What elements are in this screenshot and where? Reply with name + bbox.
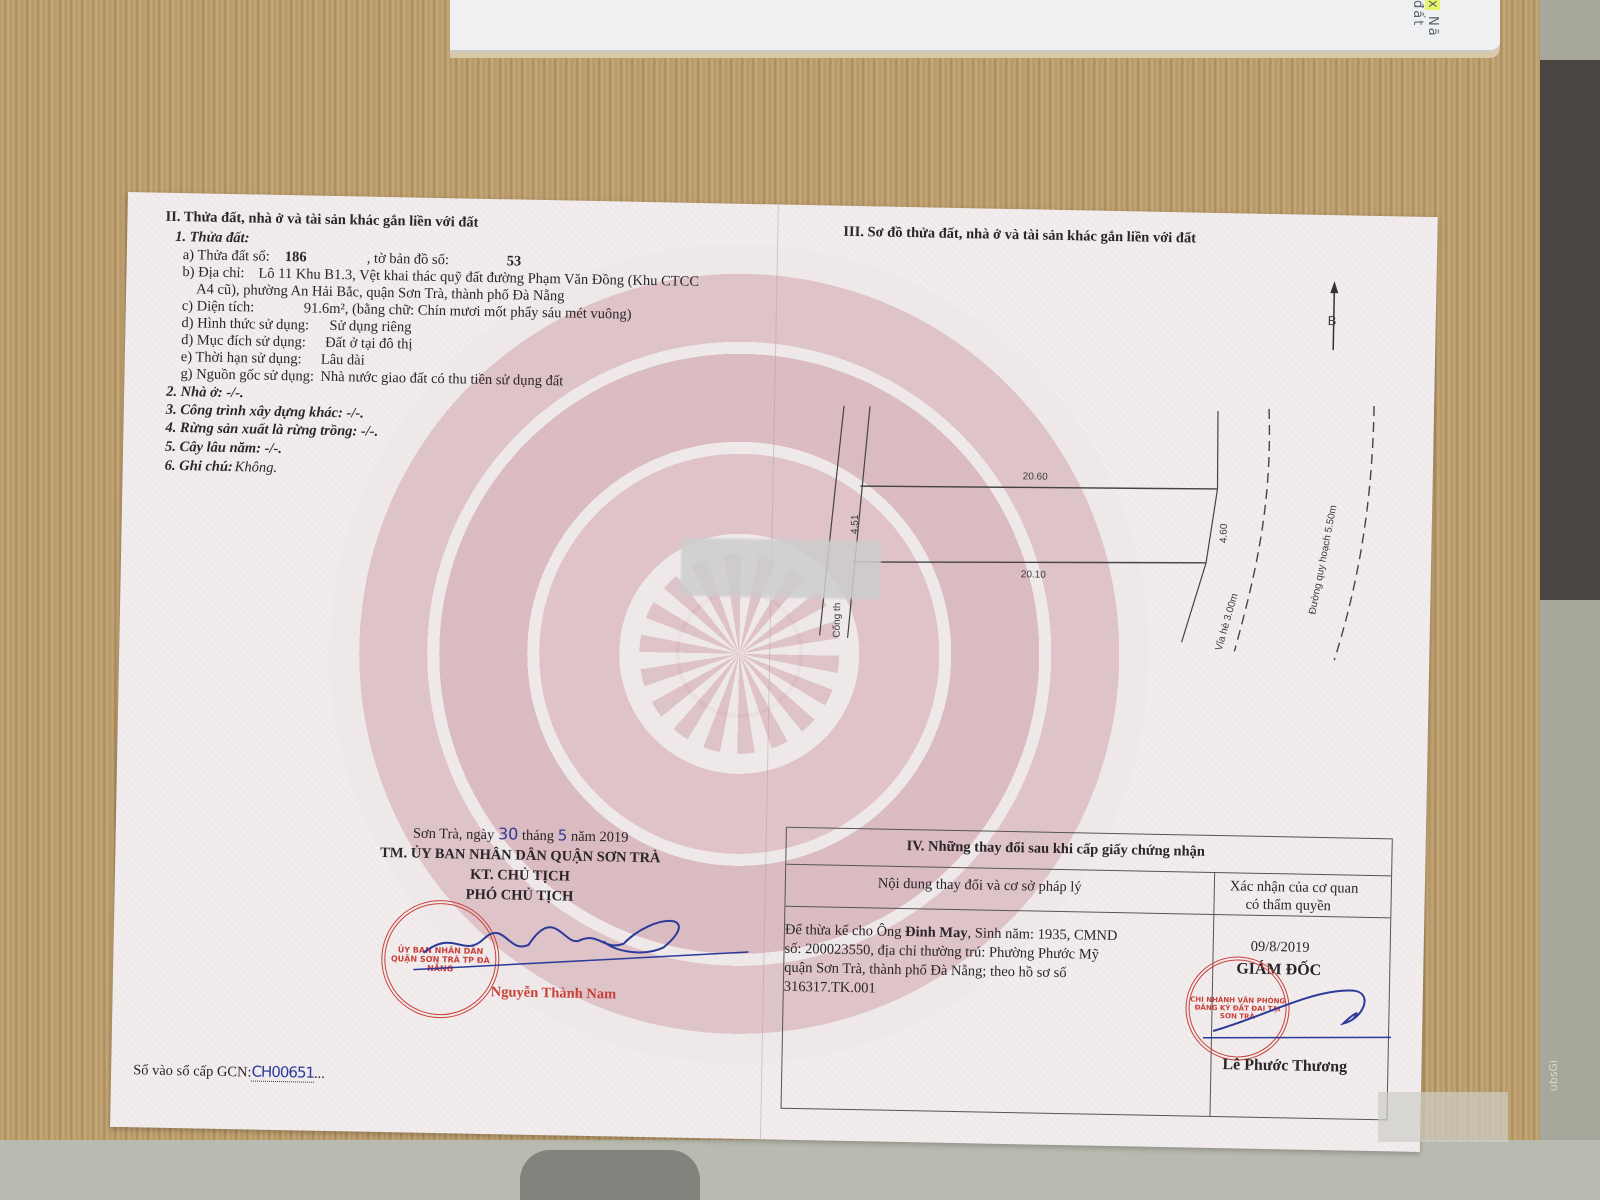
registry-value: CH00651 xyxy=(251,1063,314,1083)
svg-text:Cống th: Cống th xyxy=(831,603,844,638)
changes-table: IV. Những thay đổi sau khi cấp giấy chứn… xyxy=(781,827,1393,1121)
handwritten-notes: x Nã đất xyxy=(1410,0,1440,50)
land-certificate: II. Thửa đất, nhà ở và tài sản khác gắn … xyxy=(110,192,1438,1152)
svg-text:Đường quy hoạch 5.50m: Đường quy hoạch 5.50m xyxy=(1307,504,1339,615)
notes-label: 6. Ghi chú: xyxy=(165,458,233,476)
svg-text:B: B xyxy=(1328,313,1337,328)
confirm-signature-icon xyxy=(1203,976,1395,1060)
photo-watermark: ubsGi xyxy=(1547,1060,1560,1091)
house-item: 2. Nhà ở: -/-. xyxy=(166,384,244,402)
issuer-signature-block: Sơn Trà, ngày 30 tháng 5 năm 2019 TM. ỦY… xyxy=(354,821,685,907)
heir-name: Đinh May xyxy=(905,924,968,941)
area-label: c) Diện tích: xyxy=(182,298,255,316)
map-sheet-label: , tờ bản đồ số: xyxy=(367,251,449,270)
svg-text:4.51: 4.51 xyxy=(850,514,861,534)
parcel-heading: 1. Thửa đất: xyxy=(175,229,250,247)
perennial-trees-item: 5. Cây lâu năm: -/-. xyxy=(165,439,282,458)
month-handwritten: 5 xyxy=(558,826,568,844)
svg-text:20.10: 20.10 xyxy=(1021,569,1047,580)
redacted-area xyxy=(680,538,881,600)
svg-text:20.60: 20.60 xyxy=(1023,471,1049,482)
section3-title: III. Sơ đồ thửa đất, nhà ở và tài sản kh… xyxy=(843,224,1196,248)
map-sheet-no: 53 xyxy=(507,253,522,270)
origin: Nhà nước giao đất có thu tiền sử dụng đấ… xyxy=(320,369,563,391)
section2-title: II. Thửa đất, nhà ở và tài sản khác gắn … xyxy=(165,209,478,232)
day-handwritten: 30 xyxy=(498,824,519,843)
parcel-no: 186 xyxy=(285,249,307,266)
address-label: b) Địa chỉ: xyxy=(182,264,244,282)
issuing-authority: TM. ỦY BAN NHÂN DÂN QUẬN SƠN TRÀ xyxy=(355,844,685,867)
parcel-diagram: B 20.60 20.10 4.51 4.60 Cống th Vỉa hè 3… xyxy=(808,265,1396,716)
issuer-signer-name: Nguyễn Thành Nam xyxy=(491,984,617,1003)
purpose: Đất ở tại đô thị xyxy=(325,335,413,354)
north-arrow-icon: B xyxy=(1327,281,1338,350)
role-1: KT. CHỦ TỊCH xyxy=(355,864,685,887)
origin-label: g) Nguồn gốc sử dụng: xyxy=(180,366,314,386)
production-forest-item: 4. Rừng sản xuất là rừng trồng: -/-. xyxy=(165,420,378,441)
confirm-date: 09/8/2019 xyxy=(1251,939,1310,957)
confirm-signer: Lê Phước Thương xyxy=(1222,1056,1347,1076)
svg-text:4.60: 4.60 xyxy=(1218,523,1229,543)
background-person-shadow xyxy=(520,1150,700,1200)
term: Lâu dài xyxy=(321,352,365,370)
parcel-no-label: a) Thửa đất số: xyxy=(183,247,270,266)
usage-form: Sử dụng riêng xyxy=(329,318,411,337)
svg-text:Vỉa hè 3.00m: Vỉa hè 3.00m xyxy=(1213,592,1241,652)
redacted-corner xyxy=(1378,1092,1508,1142)
entry-line-4: 316317.TK.001 xyxy=(784,979,876,998)
registry-number: Số vào sổ cấp GCN:CH00651... xyxy=(133,1060,325,1083)
background-doorway xyxy=(1540,60,1600,600)
background-paper: x Nã đất xyxy=(450,0,1500,52)
notes-value: Không. xyxy=(235,459,278,477)
col-confirm-header-1: Xác nhận của cơ quan xyxy=(1230,878,1359,897)
col-confirm-header-2: có thẩm quyền xyxy=(1245,897,1331,916)
issuer-signature-icon xyxy=(413,898,754,985)
